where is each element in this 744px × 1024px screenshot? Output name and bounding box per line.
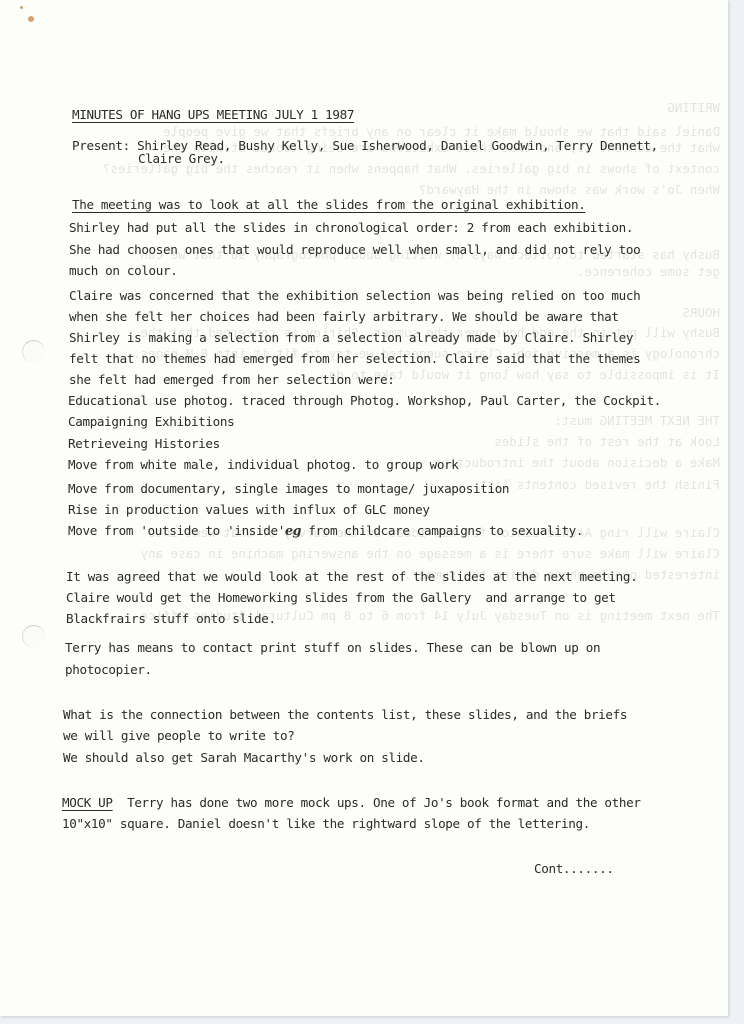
paragraph-line: Blackfrairs stuff onto slide.	[66, 611, 276, 627]
mockup-section: MOCK UP Terry has done two more mock ups…	[62, 795, 641, 811]
paragraph-line: she felt had emerged from her selection …	[69, 372, 394, 388]
paragraph-line: What is the connection between the conte…	[63, 707, 627, 723]
paragraph-line: Terry has means to contact print stuff o…	[65, 640, 600, 656]
theme-item: Move from white male, individual photog.…	[68, 457, 459, 473]
rust-stain	[20, 6, 23, 9]
theme-item: Move from 'outside to 'inside'eg from ch…	[68, 523, 583, 539]
paragraph-line: Claire was concerned that the exhibition…	[69, 288, 640, 304]
paragraph-line: photocopier.	[65, 662, 152, 678]
theme-item: Educational use photog. traced through P…	[68, 393, 661, 409]
paragraph-line: Shirley is making a selection from a sel…	[69, 330, 633, 346]
punch-hole	[22, 625, 45, 648]
theme-item: Retrieveing Histories	[68, 436, 220, 452]
paragraph-line: Claire would get the Homeworking slides …	[66, 590, 616, 606]
paragraph-line: much on colour.	[69, 263, 177, 279]
handwritten-annotation: eg	[285, 523, 301, 538]
document-title: MINUTES OF HANG UPS MEETING JULY 1 1987	[72, 107, 354, 123]
theme-item: Rise in production values with influx of…	[68, 502, 430, 518]
present-names-cont: Claire Grey.	[138, 151, 225, 167]
theme-item: Campaigning Exhibitions	[68, 414, 234, 430]
paragraph-line: we will give people to write to?	[63, 728, 294, 744]
paragraph-line: felt that no themes had emerged from her…	[69, 351, 640, 367]
punch-hole	[22, 340, 45, 363]
paragraph-line: She had choosen ones that would reproduc…	[69, 242, 640, 258]
paragraph-line: 10"x10" square. Daniel doesn't like the …	[62, 816, 590, 832]
meeting-purpose: The meeting was to look at all the slide…	[72, 197, 585, 213]
mockup-label: MOCK UP	[62, 795, 113, 810]
paper-page: WRITING Daniel said that we should make …	[0, 0, 728, 1016]
continued-marker: Cont.......	[534, 861, 614, 877]
paragraph-line: It was agreed that we would look at the …	[66, 569, 637, 585]
paragraph-line: We should also get Sarah Macarthy's work…	[63, 750, 425, 766]
theme-item: Move from documentary, single images to …	[68, 481, 509, 497]
paragraph-line: Shirley had put all the slides in chrono…	[69, 220, 633, 236]
present-label: Present:	[72, 138, 130, 153]
paragraph-line: when she felt her choices had been fairl…	[69, 309, 619, 325]
rust-stain	[28, 16, 34, 22]
